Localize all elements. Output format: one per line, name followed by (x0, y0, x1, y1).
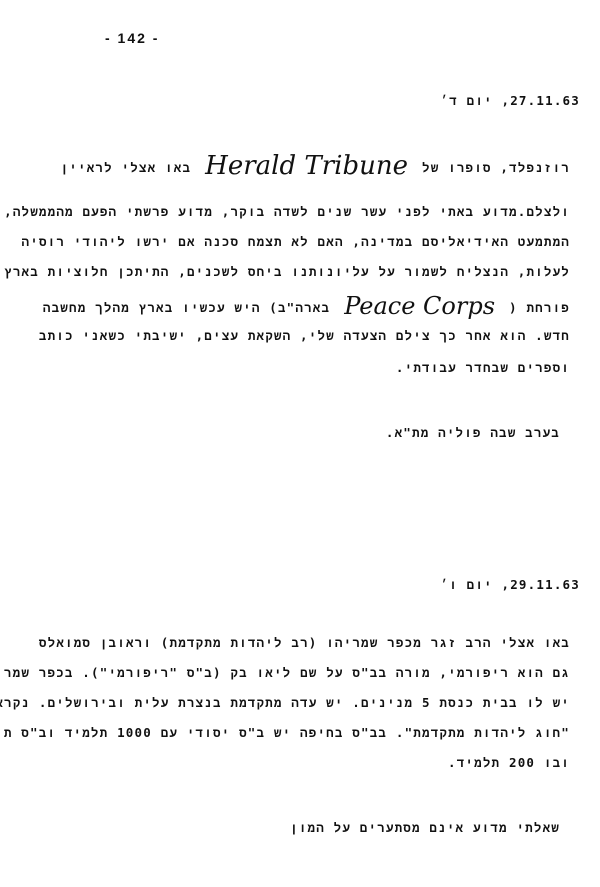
entry1-date: 27.11.63, יום ד׳ (441, 93, 581, 109)
page-number: - 142 - (105, 30, 159, 46)
typewritten-diary-page: - 142 - 27.11.63, יום ד׳ רוזנפלד, סופרו … (0, 0, 600, 887)
entry1-line-5-end: בארה"ב) היש עכשיו בארץ מהלך מחשבה (43, 300, 330, 315)
entry1-line-1-start: רוזנפלד, סופרו של (422, 160, 570, 175)
entry1-line-2: ולצלם.מדוע באתי לפני עשר שנים לשדה בוקר,… (4, 204, 570, 220)
entry1-line-5-start: פורחת ( (509, 300, 570, 315)
entry1-line-4: לעלות, הנצליח לשמור על עליונותנו ביחס לש… (4, 264, 570, 280)
entry1-line-7: וספרים שבחדר עבודתי. (396, 360, 570, 376)
entry1-line-6: חדש. הוא אחר כך צילם הצעדה שלי, השקאת עצ… (39, 328, 570, 344)
entry2-date: 29.11.63, יום ו׳ (441, 577, 581, 593)
entry2-line-3: יש לו בבית כנסת 5 מנינים. יש עדה מתקדמת … (0, 695, 570, 711)
entry1-line-5: פורחת (Peace Corpsבארה"ב) היש עכשיו בארץ… (43, 298, 570, 316)
entry2-line-5: ובו 200 תלמיד. (448, 755, 570, 771)
handwritten-peace-corps: Peace Corps (330, 298, 509, 314)
entry1-evening-note: בערב שבה פוליה מת"א. (386, 425, 560, 441)
entry2-line-4: "חוג ליהדות מתקדמת". בב"ס בחיפה יש ב"ס י… (0, 725, 570, 741)
entry1-line-1: רוזנפלד, סופרו שלHerald Tribuneבאו אצלי … (61, 158, 570, 176)
entry1-line-3: המתמעט האידיאליסם במדינה, האם לא תצמח סכ… (22, 234, 570, 250)
entry2-question-line: שאלתי מדוע אינם מסתערים על המון (290, 820, 560, 836)
entry2-line-2: גם הוא ריפורמי, מורה בב"ס על שם ליאו בק … (0, 665, 570, 681)
entry2-line-1: באו אצלי הרב זגר מכפר שמריהו (רב ליהדות … (39, 635, 570, 651)
entry1-line-1-end: באו אצלי לראיין (61, 160, 192, 175)
handwritten-herald-tribune: Herald Tribune (191, 158, 422, 174)
